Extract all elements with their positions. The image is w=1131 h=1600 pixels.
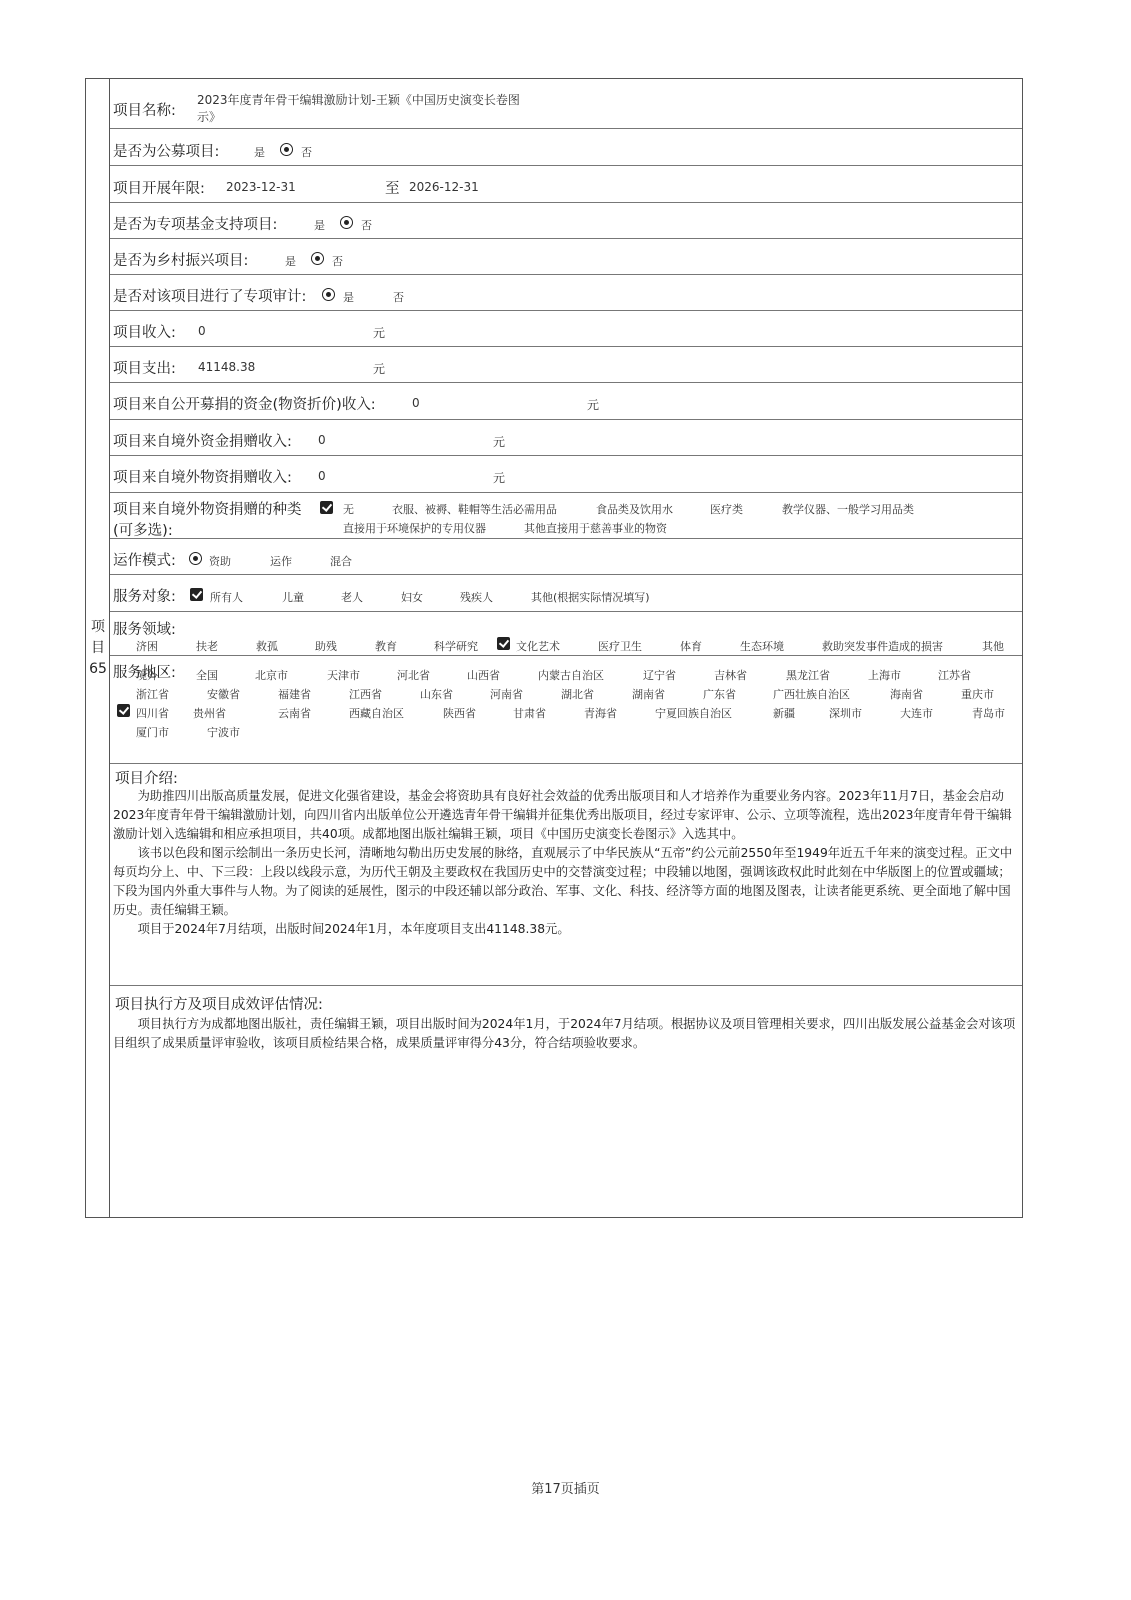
goods-option[interactable]: 无 <box>343 501 354 517</box>
field-option[interactable]: 其他 <box>982 638 1004 654</box>
field-option[interactable]: 医疗卫生 <box>598 638 642 654</box>
option-no[interactable]: 否 <box>361 217 372 233</box>
paragraph: 为助推四川出版高质量发展，促进文化强省建设，基金会将资助具有良好社会效益的优秀出… <box>113 787 1018 844</box>
field-option[interactable]: 济困 <box>136 638 158 654</box>
side-char: 项 <box>86 617 110 638</box>
region-option[interactable]: 河北省 <box>397 667 430 683</box>
special-fund-label: 是否为专项基金支持项目: <box>113 213 277 234</box>
row-goods-types: 项目来自境外物资捐赠的种类 (可多选): 无 衣服、被褥、鞋帽等生活必需用品 食… <box>110 493 1022 539</box>
overseas-goods-unit: 元 <box>493 469 505 486</box>
overseas-fund-unit: 元 <box>493 433 505 450</box>
option-yes[interactable]: 是 <box>254 144 265 160</box>
income-value[interactable]: 0 <box>198 324 206 338</box>
intro-text: 为助推四川出版高质量发展，促进文化强省建设，基金会将资助具有良好社会效益的优秀出… <box>113 787 1018 939</box>
paragraph: 项目执行方为成都地图出版社，责任编辑王颖，项目出版时间为2024年1月，于202… <box>113 1015 1018 1053</box>
region-option[interactable]: 安徽省 <box>207 686 240 702</box>
row-rural: 是否为乡村振兴项目: 是 否 <box>110 239 1022 275</box>
radio-selected-icon[interactable] <box>280 143 293 156</box>
option-yes[interactable]: 是 <box>343 289 354 305</box>
field-option[interactable]: 生态环境 <box>740 638 784 654</box>
region-option[interactable]: 甘肃省 <box>513 705 546 721</box>
goods-option[interactable]: 衣服、被褥、鞋帽等生活必需用品 <box>392 501 557 517</box>
overseas-fund-value[interactable]: 0 <box>318 433 326 447</box>
income-unit: 元 <box>373 324 385 341</box>
option-no[interactable]: 否 <box>301 144 312 160</box>
project-name-value-cont: 示》 <box>197 108 221 125</box>
expense-value[interactable]: 41148.38 <box>198 360 255 374</box>
row-intro: 项目介绍: 为助推四川出版高质量发展，促进文化强省建设，基金会将资助具有良好社会… <box>110 764 1022 986</box>
checkbox-checked-icon[interactable] <box>497 637 510 650</box>
goods-option[interactable]: 教学仪器、一般学习用品类 <box>782 501 914 517</box>
region-option[interactable]: 辽宁省 <box>643 667 676 683</box>
evaluation-text: 项目执行方为成都地图出版社，责任编辑王颖，项目出版时间为2024年1月，于202… <box>113 1015 1018 1053</box>
intro-label: 项目介绍: <box>115 767 178 788</box>
region-option[interactable]: 海南省 <box>890 686 923 702</box>
region-option[interactable]: 广西壮族自治区 <box>773 686 850 702</box>
row-public-fundraising: 是否为公募项目: 是 否 <box>110 129 1022 166</box>
radio-selected-icon[interactable] <box>322 288 335 301</box>
side-char: 目 <box>86 638 110 659</box>
region-option[interactable]: 青岛市 <box>972 705 1005 721</box>
paragraph: 项目于2024年7月结项，出版时间2024年1月，本年度项目支出41148.38… <box>113 920 1018 939</box>
region-option[interactable]: 陕西省 <box>443 705 476 721</box>
expense-label: 项目支出: <box>113 357 176 378</box>
region-option[interactable]: 四川省 <box>136 705 169 721</box>
region-option[interactable]: 河南省 <box>490 686 523 702</box>
target-option[interactable]: 老人 <box>341 589 363 605</box>
public-donation-value[interactable]: 0 <box>412 396 420 410</box>
row-overseas-fund: 项目来自境外资金捐赠收入: 0 元 <box>110 420 1022 456</box>
checkbox-checked-icon[interactable] <box>117 704 130 717</box>
region-option[interactable]: 黑龙江省 <box>786 667 830 683</box>
period-end[interactable]: 2026-12-31 <box>409 180 479 194</box>
field-option[interactable]: 助残 <box>315 638 337 654</box>
mode-option[interactable]: 混合 <box>330 553 352 569</box>
region-option[interactable]: 山东省 <box>420 686 453 702</box>
overseas-goods-value[interactable]: 0 <box>318 469 326 483</box>
field-option[interactable]: 体育 <box>680 638 702 654</box>
side-column: 项 目 65 <box>86 79 110 1217</box>
region-option[interactable]: 江苏省 <box>938 667 971 683</box>
target-option[interactable]: 所有人 <box>210 589 243 605</box>
row-public-donation: 项目来自公开募捐的资金(物资折价)收入: 0 元 <box>110 383 1022 420</box>
income-label: 项目收入: <box>113 321 176 342</box>
region-option[interactable]: 广东省 <box>703 686 736 702</box>
region-option[interactable]: 天津市 <box>327 667 360 683</box>
period-label: 项目开展年限: <box>113 177 205 198</box>
goods-option[interactable]: 食品类及饮用水 <box>596 501 673 517</box>
region-option[interactable]: 境外 <box>136 667 158 683</box>
region-option[interactable]: 西藏自治区 <box>349 705 404 721</box>
expense-unit: 元 <box>373 360 385 377</box>
public-fundraising-label: 是否为公募项目: <box>113 140 219 161</box>
target-option[interactable]: 其他(根据实际情况填写) <box>531 589 650 605</box>
row-special-fund: 是否为专项基金支持项目: 是 否 <box>110 203 1022 239</box>
goods-types-label-cont: (可多选): <box>113 519 173 540</box>
period-to-label: 至 <box>385 177 400 198</box>
target-option[interactable]: 残疾人 <box>460 589 493 605</box>
field-option[interactable]: 文化艺术 <box>516 638 560 654</box>
option-no[interactable]: 否 <box>393 289 404 305</box>
region-option[interactable]: 福建省 <box>278 686 311 702</box>
overseas-fund-label: 项目来自境外资金捐赠收入: <box>113 430 292 451</box>
audit-label: 是否对该项目进行了专项审计: <box>113 285 306 306</box>
region-option[interactable]: 宁夏回族自治区 <box>655 705 732 721</box>
checkbox-checked-icon[interactable] <box>320 501 333 514</box>
form-body: 项目名称: 2023年度青年骨干编辑激励计划-王颖《中国历史演变长卷图 示》 是… <box>110 79 1022 1217</box>
region-option[interactable]: 云南省 <box>278 705 311 721</box>
project-number-label: 项 目 65 <box>86 617 110 680</box>
region-option[interactable]: 大连市 <box>900 705 933 721</box>
row-mode: 运作模式: 资助 运作 混合 <box>110 539 1022 575</box>
region-option[interactable]: 北京市 <box>255 667 288 683</box>
field-option[interactable]: 救助突发事件造成的损害 <box>822 638 943 654</box>
region-option[interactable]: 上海市 <box>868 667 901 683</box>
region-option[interactable]: 全国 <box>196 667 218 683</box>
overseas-goods-label: 项目来自境外物资捐赠收入: <box>113 466 292 487</box>
row-project-name: 项目名称: 2023年度青年骨干编辑激励计划-王颖《中国历史演变长卷图 示》 <box>110 79 1022 129</box>
row-expense: 项目支出: 41148.38 元 <box>110 347 1022 383</box>
target-option[interactable]: 儿童 <box>282 589 304 605</box>
region-option[interactable]: 新疆 <box>773 705 795 721</box>
region-option[interactable]: 浙江省 <box>136 686 169 702</box>
targets-label: 服务对象: <box>113 585 176 606</box>
mode-option[interactable]: 运作 <box>270 553 292 569</box>
region-option[interactable]: 宁波市 <box>207 724 240 740</box>
region-option[interactable]: 吉林省 <box>714 667 747 683</box>
row-evaluation: 项目执行方及项目成效评估情况: 项目执行方为成都地图出版社，责任编辑王颖，项目出… <box>110 986 1022 1219</box>
radio-selected-icon[interactable] <box>340 216 353 229</box>
row-fields: 服务领域: 济困扶老救孤助残教育科学研究文化艺术医疗卫生体育生态环境救助突发事件… <box>110 612 1022 656</box>
radio-selected-icon[interactable] <box>311 252 324 265</box>
option-yes[interactable]: 是 <box>314 217 325 233</box>
option-yes[interactable]: 是 <box>285 253 296 269</box>
goods-types-label: 项目来自境外物资捐赠的种类 <box>113 498 302 519</box>
row-income: 项目收入: 0 元 <box>110 311 1022 347</box>
public-donation-label: 项目来自公开募捐的资金(物资折价)收入: <box>113 393 376 414</box>
side-number: 65 <box>86 659 110 680</box>
goods-option[interactable]: 直接用于环境保护的专用仪器 <box>343 520 486 536</box>
rural-label: 是否为乡村振兴项目: <box>113 249 248 270</box>
checkbox-checked-icon[interactable] <box>190 588 203 601</box>
goods-option[interactable]: 医疗类 <box>710 501 743 517</box>
mode-option[interactable]: 资助 <box>209 553 231 569</box>
region-option[interactable]: 深圳市 <box>829 705 862 721</box>
target-option[interactable]: 妇女 <box>401 589 423 605</box>
fields-label: 服务领域: <box>113 618 176 639</box>
region-option[interactable]: 湖北省 <box>561 686 594 702</box>
field-option[interactable]: 科学研究 <box>434 638 478 654</box>
project-form: 项 目 65 项目名称: 2023年度青年骨干编辑激励计划-王颖《中国历史演变长… <box>85 78 1023 1218</box>
row-overseas-goods: 项目来自境外物资捐赠收入: 0 元 <box>110 456 1022 493</box>
row-audit: 是否对该项目进行了专项审计: 是 否 <box>110 275 1022 311</box>
field-option[interactable]: 教育 <box>375 638 397 654</box>
region-option[interactable]: 山西省 <box>467 667 500 683</box>
region-option[interactable]: 重庆市 <box>961 686 994 702</box>
evaluation-label: 项目执行方及项目成效评估情况: <box>115 993 323 1014</box>
page-footer: 第17页插页 <box>0 1478 1131 1497</box>
paragraph: 该书以色段和图示绘制出一条历史长河，清晰地勾勒出历史发展的脉络，直观展示了中华民… <box>113 844 1018 920</box>
mode-label: 运作模式: <box>113 549 176 570</box>
public-donation-unit: 元 <box>587 396 599 413</box>
field-option[interactable]: 救孤 <box>256 638 278 654</box>
region-option[interactable]: 青海省 <box>584 705 617 721</box>
field-option[interactable]: 扶老 <box>196 638 218 654</box>
region-option[interactable]: 江西省 <box>349 686 382 702</box>
project-name-value: 2023年度青年骨干编辑激励计划-王颖《中国历史演变长卷图 <box>197 91 520 108</box>
region-option[interactable]: 厦门市 <box>136 724 169 740</box>
option-no[interactable]: 否 <box>332 253 343 269</box>
project-name-label: 项目名称: <box>113 99 176 120</box>
row-period: 项目开展年限: 2023-12-31 至 2026-12-31 <box>110 166 1022 203</box>
goods-option[interactable]: 其他直接用于慈善事业的物资 <box>524 520 667 536</box>
region-option[interactable]: 内蒙古自治区 <box>538 667 604 683</box>
radio-selected-icon[interactable] <box>189 552 202 565</box>
region-option[interactable]: 湖南省 <box>632 686 665 702</box>
region-option[interactable]: 贵州省 <box>193 705 226 721</box>
row-targets: 服务对象: 所有人 儿童 老人 妇女 残疾人 其他(根据实际情况填写) <box>110 575 1022 612</box>
period-start[interactable]: 2023-12-31 <box>226 180 296 194</box>
row-regions: 服务地区: 境外全国北京市天津市河北省山西省内蒙古自治区辽宁省吉林省黑龙江省上海… <box>110 656 1022 764</box>
